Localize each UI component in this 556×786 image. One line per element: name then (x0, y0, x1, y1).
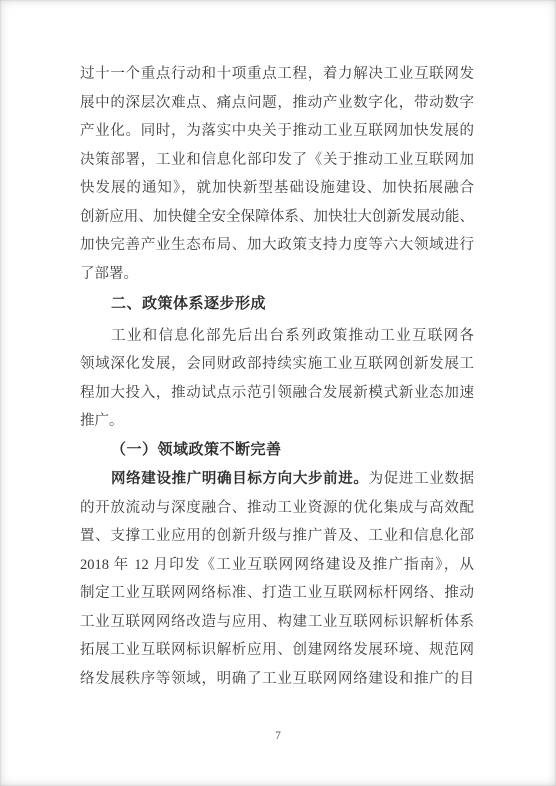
text-line: 的开放流动与深度融合、推动工业资源的优化集成与高效配 (80, 494, 474, 523)
text-line: 推广。 (80, 407, 474, 436)
document-page: 过十一个重点行动和十项重点工程，着力解决工业互联网发 展中的深层次难点、痛点问题… (0, 0, 556, 786)
text-line: 工业和信息化部先后出台系列政策推动工业互联网各 (80, 322, 474, 351)
text-line: 络发展秩序等领域，明确了工业互联网网络建设和推广的目 (80, 665, 474, 694)
text-line: 工业互联网网络改造与应用、构建工业互联网标识解析体系 (80, 608, 474, 637)
text-line: 2018 年 12 月印发《工业互联网网络建设及推广指南》，从 (80, 551, 474, 580)
text-line: 了部署。 (80, 260, 474, 289)
text-line: 产业化。同时，为落实中央关于推动工业互联网加快发展的 (80, 117, 474, 146)
text-column: 过十一个重点行动和十项重点工程，着力解决工业互联网发 展中的深层次难点、痛点问题… (80, 60, 474, 693)
paragraph-network-construction: 网络建设推广明确目标方向大步前进。为促进工业数据 的开放流动与深度融合、推动工业… (80, 465, 474, 693)
subsection-heading: （一）领域政策不断完善 (80, 436, 474, 465)
text-line: 展中的深层次难点、痛点问题，推动产业数字化，带动数字 (80, 89, 474, 118)
page-number: 7 (0, 730, 556, 742)
text-line: 制定工业互联网网络标准、打造工业互联网标杆网络、推动 (80, 579, 474, 608)
sentence-rest: 为促进工业数据 (369, 471, 474, 487)
text-line: 快发展的通知》，就加快新型基础设施建设、加快拓展融合 (80, 174, 474, 203)
text-line: 拓展工业互联网标识解析应用、创建网络发展环境、规范网 (80, 636, 474, 665)
paragraph-policy-system: 工业和信息化部先后出台系列政策推动工业互联网各 领域深化发展，会同财政部持续实施… (80, 322, 474, 436)
text-line: 置、支撑工业应用的创新升级与推广普及、工业和信息化部 (80, 522, 474, 551)
text-line: 网络建设推广明确目标方向大步前进。为促进工业数据 (80, 465, 474, 494)
text-line: 过十一个重点行动和十项重点工程，着力解决工业互联网发 (80, 60, 474, 89)
text-line: 创新应用、加快健全安全保障体系、加快壮大创新发展动能、 (80, 203, 474, 232)
text-line: 决策部署，工业和信息化部印发了《关于推动工业互联网加 (80, 146, 474, 175)
text-line: 程加大投入，推动试点示范引领融合发展新模式新业态加速 (80, 379, 474, 408)
text-line: 加快完善产业生态布局、加大政策支持力度等六大领域进行 (80, 231, 474, 260)
sentence-lead: 网络建设推广明确目标方向大步前进。 (111, 471, 369, 487)
text-line: 领域深化发展，会同财政部持续实施工业互联网创新发展工 (80, 350, 474, 379)
section-heading: 二、政策体系逐步形成 (80, 290, 474, 319)
paragraph-policy-deployment: 过十一个重点行动和十项重点工程，着力解决工业互联网发 展中的深层次难点、痛点问题… (80, 60, 474, 288)
